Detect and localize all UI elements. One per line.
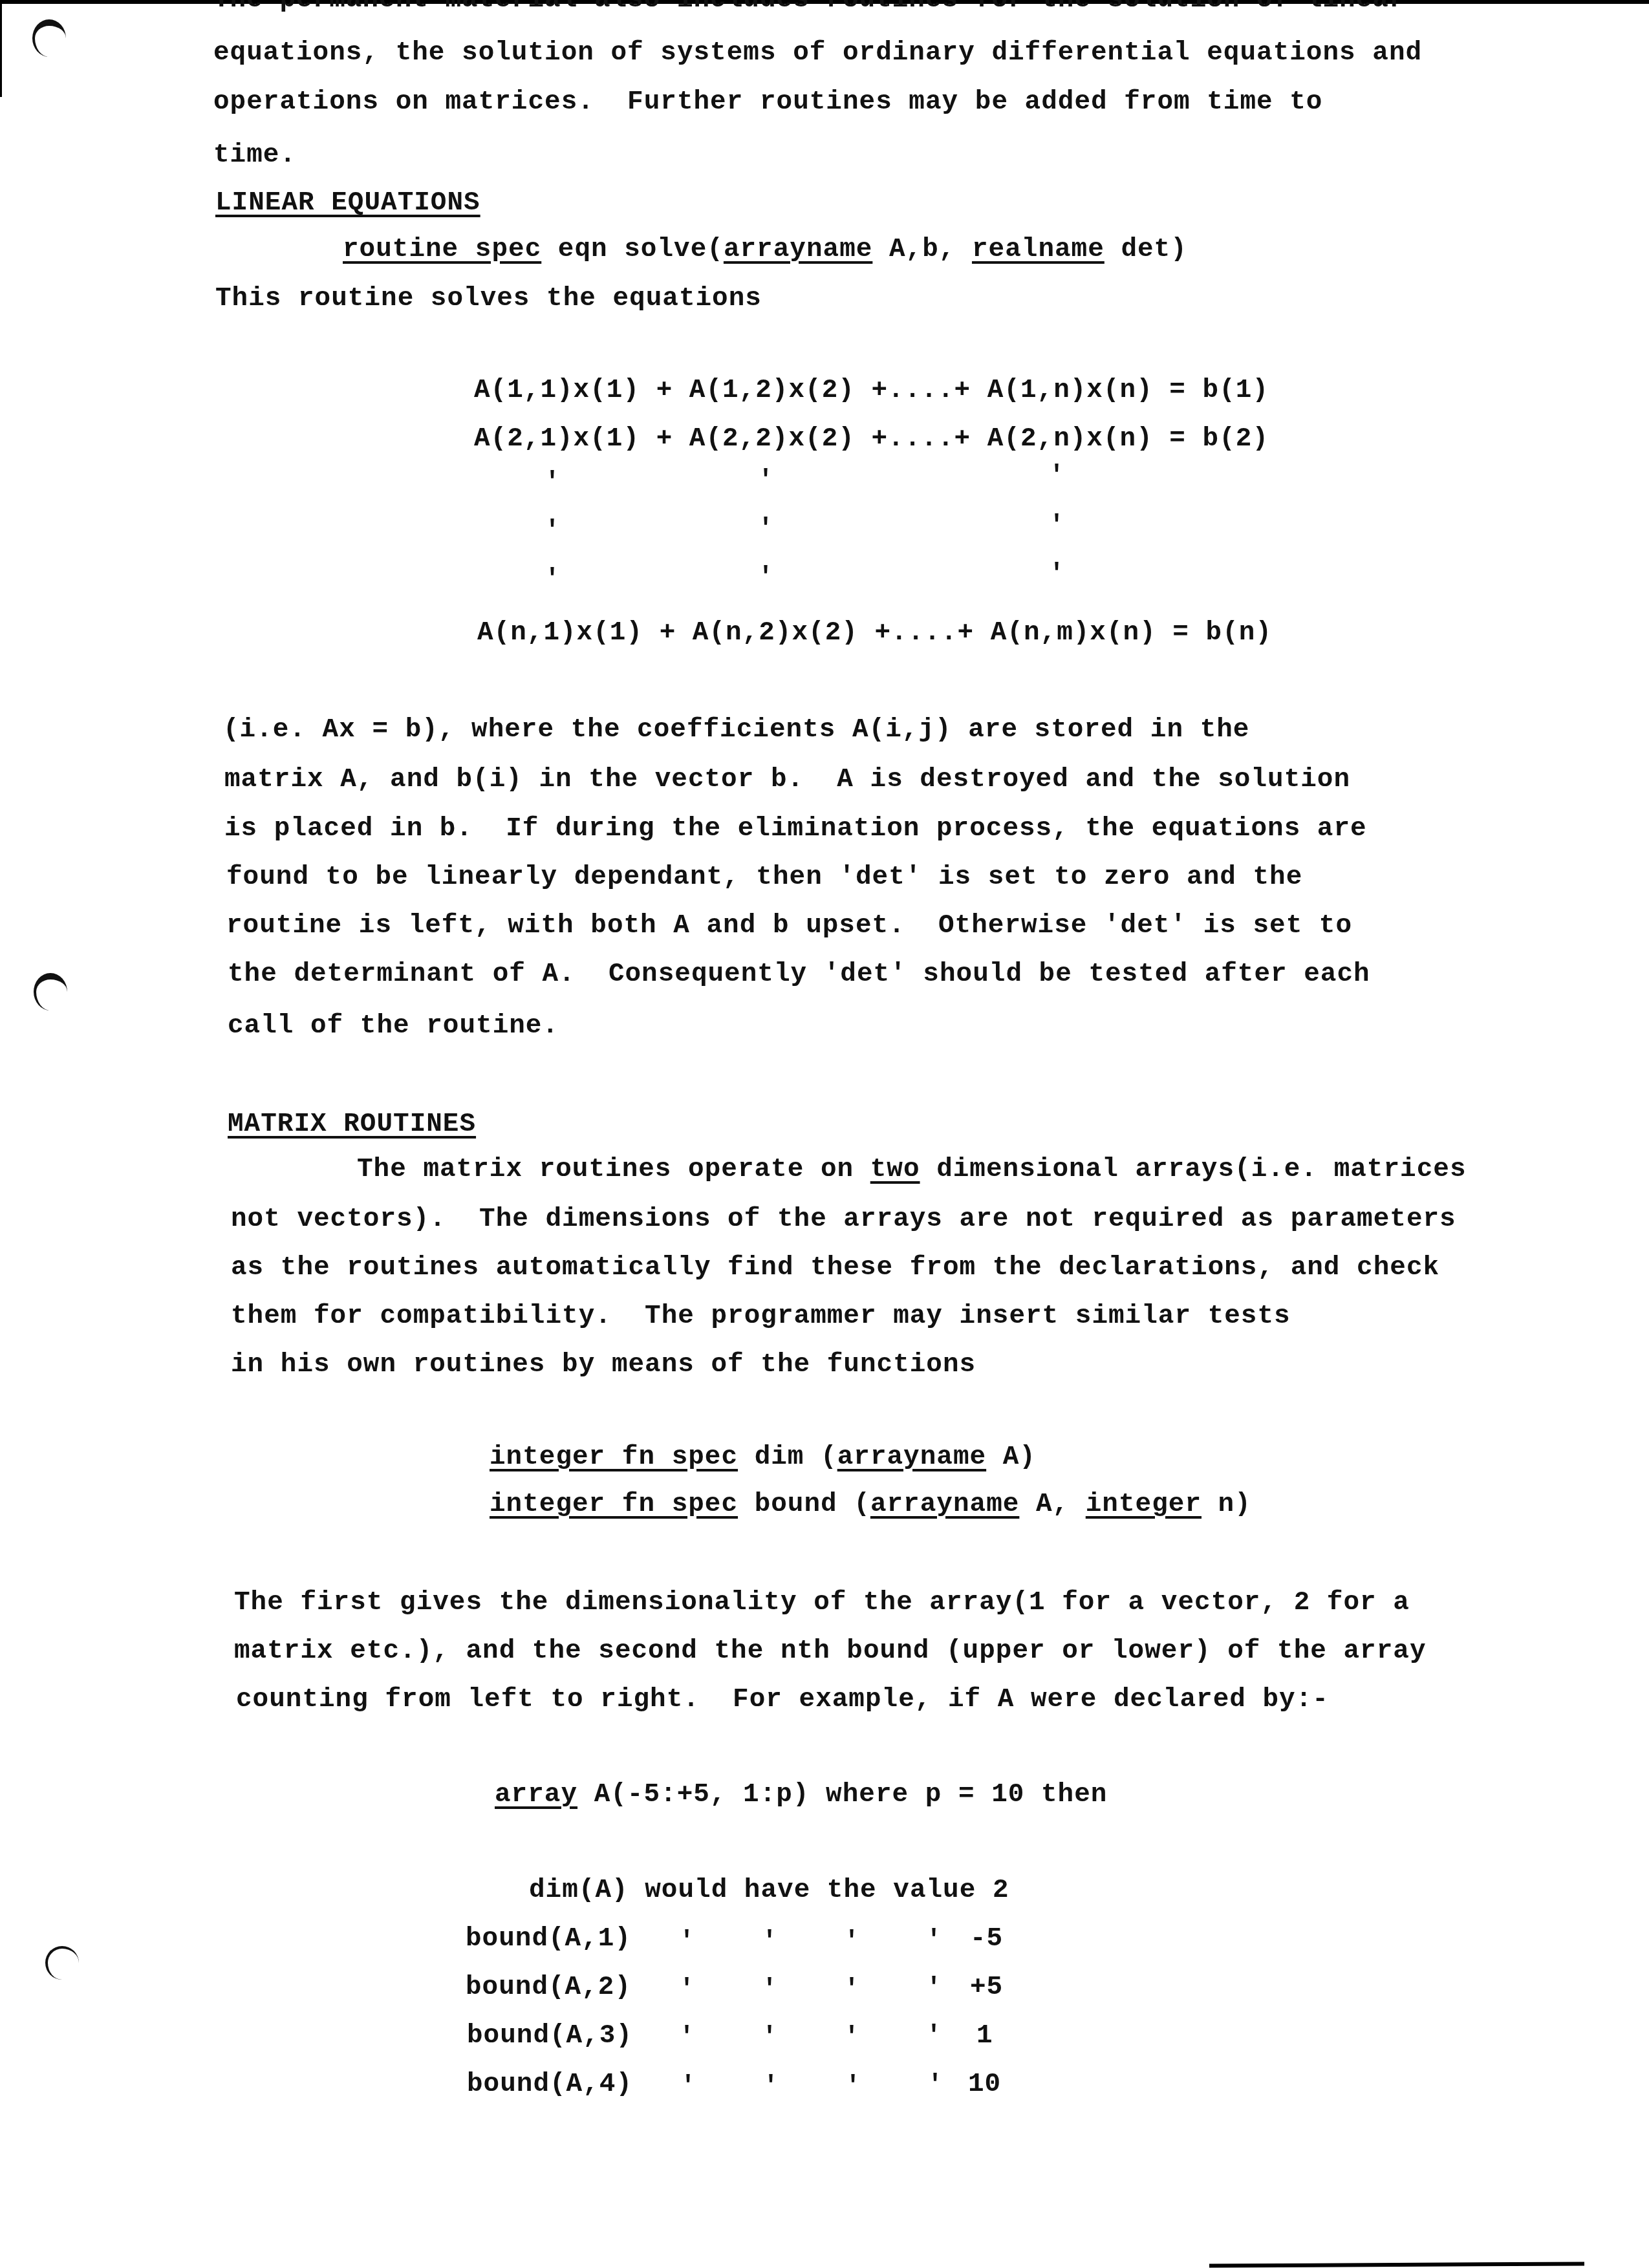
ditto-mark: ' — [763, 2073, 779, 2102]
keyword-integer: integer — [1086, 1490, 1202, 1519]
function-name: dim ( — [738, 1442, 837, 1472]
keyword-integer-fn-spec: integer fn spec — [490, 1442, 738, 1472]
scan-left-edge — [0, 0, 2, 97]
explanation-line: matrix etc.), and the second the nth bou… — [234, 1636, 1427, 1667]
description-line: call of the routine. — [228, 1011, 559, 1042]
matrix-para-line: in his own routines by means of the func… — [231, 1349, 976, 1380]
ditto-mark: ' — [844, 2024, 859, 2053]
bound-call: bound(A,1) — [466, 1923, 631, 1954]
bound-call: bound(A,4) — [467, 2069, 632, 2100]
keyword-arrayname: arrayname — [870, 1490, 1019, 1519]
text-span: The matrix routines operate on — [357, 1155, 870, 1184]
bound-value: -5 — [970, 1923, 1003, 1954]
description-line: found to be linearly dependant, then 'de… — [226, 862, 1302, 893]
ditto-mark: ' — [679, 2024, 695, 2053]
continuation-mark: ' — [758, 515, 773, 544]
equation-row-1: A(1,1)x(1) + A(1,2)x(2) +....+ A(1,n)x(n… — [474, 375, 1269, 406]
continuation-mark: ' — [1049, 561, 1064, 590]
ditto-mark: ' — [926, 1974, 942, 2004]
function-params: A, — [1019, 1490, 1085, 1519]
keyword-integer-fn-spec: integer fn spec — [490, 1490, 738, 1519]
text-span: dimensional arrays(i.e. matrices — [920, 1155, 1467, 1184]
section-heading-matrix-routines: MATRIX ROUTINES — [228, 1109, 476, 1140]
function-params-end: n) — [1202, 1490, 1251, 1519]
lead-in-text: This routine solves the equations — [215, 283, 762, 314]
bound-value: +5 — [970, 1972, 1003, 2003]
description-line: (i.e. Ax = b), where the coefficients A(… — [223, 714, 1249, 745]
bound-value: 10 — [968, 2069, 1001, 2100]
continuation-mark: ' — [1049, 462, 1064, 491]
punch-hole-top — [32, 19, 66, 57]
ditto-mark: ' — [844, 1928, 859, 1957]
scan-bottom-rule — [1209, 2262, 1584, 2267]
ditto-mark: ' — [845, 2073, 861, 2102]
keyword-array: array — [495, 1780, 577, 1810]
punch-hole-middle — [34, 973, 67, 1011]
explanation-line: counting from left to right. For example… — [236, 1684, 1329, 1715]
emphasis-two: two — [870, 1155, 920, 1184]
equation-row-n: A(n,1)x(1) + A(n,2)x(2) +....+ A(n,m)x(n… — [477, 617, 1272, 648]
intro-line: The permanent material also includes rou… — [213, 0, 1406, 16]
function-params: A) — [986, 1442, 1036, 1472]
continuation-mark: ' — [544, 469, 560, 498]
matrix-para-line: as the routines automatically find these… — [231, 1252, 1439, 1283]
keyword-arrayname: arrayname — [837, 1442, 986, 1472]
keyword-arrayname: arrayname — [724, 235, 872, 264]
routine-spec-eqn-solve: routine spec eqn solve(arrayname A,b, re… — [343, 234, 1187, 265]
bound-call: bound(A,3) — [467, 2020, 632, 2051]
punch-hole-bottom — [45, 1946, 79, 1980]
section-heading-linear-equations: LINEAR EQUATIONS — [215, 187, 480, 219]
ditto-mark: ' — [679, 1928, 695, 1957]
keyword-routine-spec: routine spec — [343, 235, 541, 264]
matrix-para-line: them for compatibility. The programmer m… — [231, 1301, 1291, 1332]
ditto-mark: ' — [927, 2071, 943, 2101]
function-name: bound ( — [738, 1490, 870, 1519]
continuation-mark: ' — [758, 467, 773, 496]
matrix-para-line: not vectors). The dimensions of the arra… — [231, 1204, 1456, 1235]
matrix-para-first-line: The matrix routines operate on two dimen… — [357, 1154, 1466, 1185]
intro-line: operations on matrices. Further routines… — [213, 87, 1322, 118]
example-declaration: array A(-5:+5, 1:p) where p = 10 then — [495, 1779, 1107, 1810]
description-line: routine is left, with both A and b upset… — [226, 910, 1352, 941]
ditto-mark: ' — [680, 2073, 696, 2102]
ditto-mark: ' — [679, 1976, 695, 2005]
declaration-text: A(-5:+5, 1:p) where p = 10 then — [577, 1780, 1107, 1810]
function-spec-dim: integer fn spec dim (arrayname A) — [490, 1442, 1036, 1473]
routine-name: eqn solve( — [541, 235, 724, 264]
intro-line: equations, the solution of systems of or… — [213, 37, 1422, 69]
continuation-mark: ' — [544, 566, 560, 595]
ditto-mark: ' — [762, 1976, 777, 2005]
routine-params-end: det) — [1105, 235, 1187, 264]
function-spec-bound: integer fn spec bound (arrayname A, inte… — [490, 1489, 1251, 1520]
ditto-mark: ' — [844, 1976, 859, 2005]
ditto-mark: ' — [762, 1928, 777, 1957]
equation-row-2: A(2,1)x(1) + A(2,2)x(2) +....+ A(2,n)x(n… — [474, 423, 1269, 455]
description-line: is placed in b. If during the eliminatio… — [224, 813, 1367, 844]
continuation-mark: ' — [544, 517, 560, 546]
continuation-mark: ' — [758, 564, 773, 593]
bound-call: bound(A,2) — [466, 1972, 631, 2003]
continuation-mark: ' — [1049, 512, 1064, 541]
intro-line: time. — [213, 140, 296, 171]
ditto-mark: ' — [926, 2022, 942, 2051]
explanation-line: The first gives the dimensionality of th… — [234, 1587, 1410, 1618]
ditto-mark: ' — [926, 1927, 942, 1956]
description-line: the determinant of A. Consequently 'det'… — [228, 959, 1370, 990]
ditto-mark: ' — [762, 2024, 777, 2053]
dim-result-line: dim(A) would have the value 2 — [529, 1875, 1009, 1906]
description-line: matrix A, and b(i) in the vector b. A is… — [224, 764, 1350, 795]
keyword-realname: realname — [972, 235, 1105, 264]
routine-params: A,b, — [872, 235, 972, 264]
bound-value: 1 — [976, 2020, 993, 2051]
